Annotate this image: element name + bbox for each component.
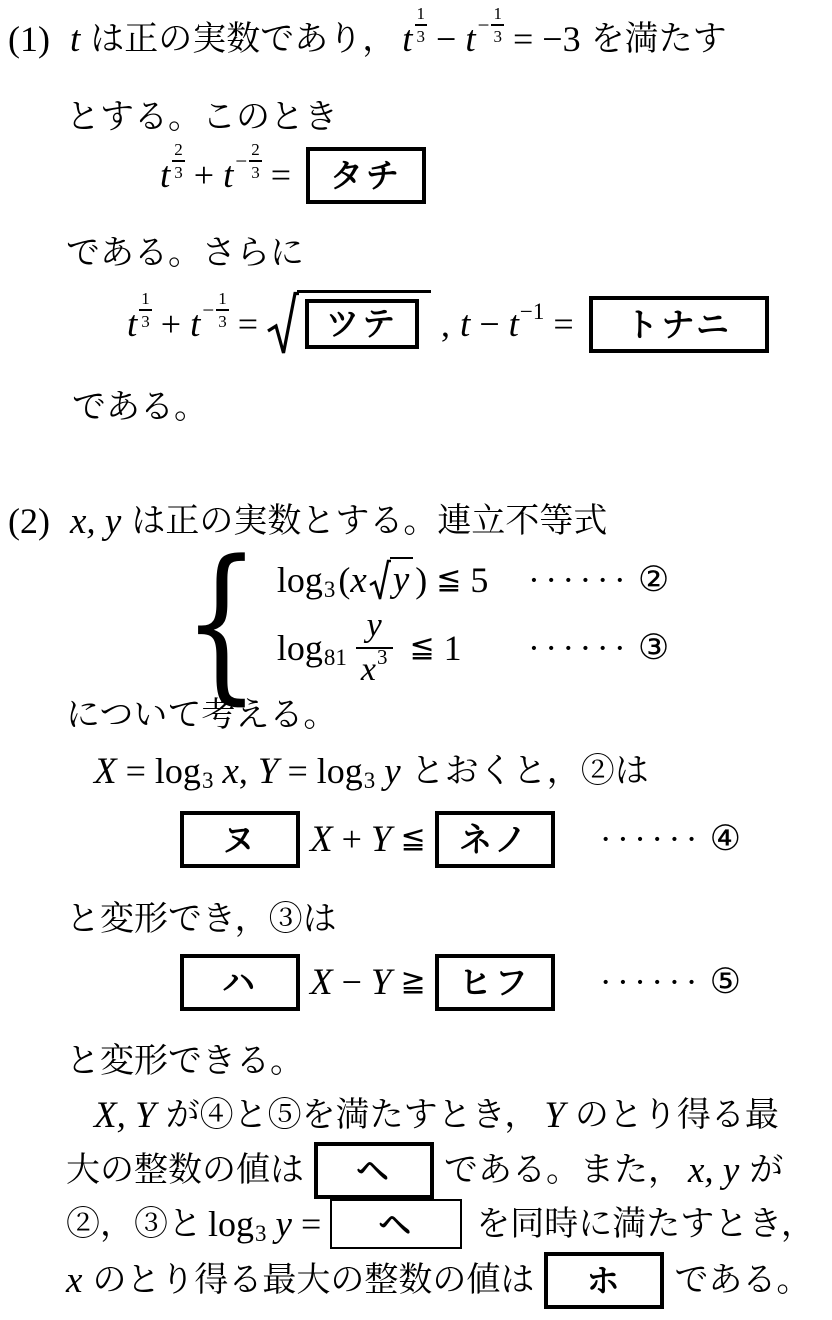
p2-display5: ハ X − Y ≧ ヒフ ······ ⑤ [180,953,741,1011]
math-var: Y [371,821,392,858]
math-op: = [238,306,258,342]
frac-num: 1 [491,5,504,26]
p2-final-line1: X, Y が④と⑤を満たすとき， Y のとり得る最 [94,1094,779,1137]
frac-num: 1 [415,5,428,26]
exp-minus: − [202,298,214,323]
log-fn: log [208,1206,254,1242]
square-root: ツテ [267,290,431,359]
math-var: Y [544,1097,565,1134]
answer-box-ho: ホ [544,1252,664,1309]
math-var: t [160,157,170,194]
exponent: 3 [377,647,388,668]
frac-num: 1 [216,290,229,311]
answer-box-tsute: ツテ [305,299,419,349]
math-op: = [126,753,146,789]
math-var: x [361,653,376,687]
p2-final-line2: 大の整数の値は ヘ である。また， x, y が [66,1142,783,1199]
math-var: x [350,562,366,599]
log-fn: log [277,562,323,598]
dots-leader: ······ [529,632,632,664]
frac-num: 2 [249,141,262,162]
math-op: + [161,306,181,342]
dots-leader: ······ [601,966,704,998]
exponent-fraction: 13 [139,290,152,330]
p2-line3-text: と変形でき，③は [66,898,337,941]
exponent-fraction: −13 [478,5,504,45]
p1-display1: t 23 + t −23 = タチ [160,146,426,204]
p2-line2: について考える。 [66,694,337,737]
math-var: y [276,1206,292,1243]
p1-line1: (1) t は正の実数であり， t 13 − t −13 = −3 を満たす [8,18,727,61]
square-root-small: y [369,557,413,603]
log-fn: log [317,753,363,789]
inequality-2: log 3 ( x y ) ≦ 5 [277,557,529,603]
p1-line1-text1: は正の実数であり， [90,18,396,61]
p1-line3: である。さらに [66,232,304,275]
frac-num: 1 [139,290,152,311]
answer-box-label: タチ [330,159,402,192]
p2-final-line1-text1: が④と⑤を満たすとき， [166,1094,539,1137]
p1-line1-text2: を満たす [591,18,727,61]
math-op: = [513,21,533,57]
p2-line3: と変形でき，③は [66,898,337,941]
frac-den: x3 [356,647,393,687]
p1-line4-text: である。 [72,386,208,429]
math-var: t [223,157,233,194]
p1-label: (1) [8,21,50,57]
frac-den: 3 [141,311,150,330]
radical-sign [267,291,299,359]
p1-line2: とする。このとき [66,96,338,139]
p2-final-line4: x のとり得る最大の整数の値は ホ である。 [66,1252,810,1309]
math-vars: X, Y [94,1097,156,1134]
p2-final-line1-text2: のとり得る最 [575,1094,779,1137]
p2-final-line3: ②，③と log 3 y = ヘ を同時に満たすとき， [66,1198,815,1250]
p2-line4: と変形できる。 [66,1040,304,1083]
p2-final-line3-text2: を同時に満たすとき， [476,1203,815,1246]
log-base: 3 [364,768,376,794]
answer-box-tachi: タチ [306,147,426,204]
exam-page: (1) t は正の実数であり， t 13 − t −13 = −3 を満たす と… [0,0,832,1320]
frac-num: 2 [172,141,185,162]
p1-line2-text: とする。このとき [66,96,338,139]
dots-leader: ······ [529,564,632,596]
math-var: Y [258,753,279,790]
radicand: ツテ [297,290,431,349]
math-var: t [402,21,412,58]
frac-num: y [367,609,382,647]
answer-box-label: トナニ [625,308,732,341]
answer-box-hifu: ヒフ [435,954,555,1011]
math-var: X [94,753,117,790]
p2-line4-text: と変形できる。 [66,1040,304,1083]
log-base: 3 [255,1221,267,1247]
math-var: y [384,753,400,790]
math-var: t [70,21,80,58]
math-value: 1 [444,630,462,666]
math-comma: , [441,306,450,342]
log-fn: log [277,630,323,666]
answer-box-label: ホ [586,1264,622,1297]
math-op: = [287,753,307,789]
leq-sign: ≦ [436,565,461,595]
fraction: y x3 [356,609,393,687]
p2-system: { log 3 ( x y ) ≦ 5 ······ ② [168,556,669,688]
math-op: = [553,306,573,342]
math-var: t [509,306,519,343]
p2-line1: (2) x, y は正の実数とする。連立不等式 [8,500,607,543]
leq-sign: ≦ [401,824,426,854]
p2-substitution-line: X = log 3 x , Y = log 3 y とおくと，②は [94,750,649,793]
exp-minus: − [478,13,490,38]
p2-label: (2) [8,503,50,539]
exponent-fraction: −13 [202,290,228,330]
p2-final-line2-text2: である。また， [444,1149,682,1192]
p2-final-line4-text1: のとり得る最大の整数の値は [92,1259,534,1302]
system-row-2: log 3 ( x y ) ≦ 5 ······ ② [277,557,669,603]
geq-sign: ≧ [401,967,426,997]
math-var: X [310,964,333,1001]
math-op: − [479,306,499,342]
p2-display4: ヌ X + Y ≦ ネノ ······ ④ [180,810,741,868]
equation-tag-5: ⑤ [710,965,741,1000]
system-rows: log 3 ( x y ) ≦ 5 ······ ② log [277,557,669,687]
math-var: X [310,821,333,858]
math-var: Y [371,964,392,1001]
answer-box-label: ヘ [356,1154,392,1187]
answer-box-he-ref: ヘ [330,1199,462,1249]
system-row-3: log 81 y x3 ≦ 1 ······ ③ [277,609,669,687]
math-op: + [194,157,214,193]
p1-line3-text: である。さらに [66,232,304,275]
system-brace: { [183,555,260,689]
leq-sign: ≦ [410,633,435,663]
math-var: t [190,306,200,343]
math-var: t [460,306,470,343]
math-value: 5 [470,562,488,598]
log-base: 3 [324,577,336,603]
frac-den: 3 [251,162,260,181]
math-vars: x, y [70,503,121,540]
exponent-fraction: −23 [235,141,261,181]
answer-box-label: ツテ [326,307,398,340]
equation-tag-4: ④ [710,822,741,857]
math-var: t [465,21,475,58]
p2-final-line2-text3: が [749,1149,783,1192]
answer-box-he: ヘ [314,1142,434,1199]
exponent-fraction: 23 [172,141,185,181]
log-base: 3 [202,768,214,794]
frac-den: 3 [174,162,183,181]
p2-final-line4-text2: である。 [674,1259,810,1302]
math-op: = [301,1206,321,1242]
math-op: − [436,21,456,57]
frac-den: 3 [218,311,227,330]
p2-final-line3-text1: ②，③と [66,1203,202,1246]
math-op: + [342,821,362,857]
equation-tag-2: ② [638,563,669,598]
math-comma: , [239,753,248,789]
math-var: x [66,1262,82,1299]
radicand: y [390,557,413,598]
answer-box-label: ヒフ [459,966,531,999]
answer-box-label: ヘ [378,1208,414,1241]
p1-line4: である。 [72,386,208,429]
log-fn: log [155,753,201,789]
math-var: y [393,559,409,600]
p1-display2: t 13 + t −13 = ツテ , t − t −1 = トナニ [127,288,769,360]
radical-sign [369,559,391,603]
answer-box-neno: ネノ [435,811,555,868]
answer-box-nu: ヌ [180,811,300,868]
paren-open: ( [338,562,350,598]
math-var: t [127,306,137,343]
p2-substitution-text: とおくと，②は [411,750,649,793]
exponent: −1 [520,299,544,325]
paren-close: ) [415,562,427,598]
p2-final-line2-text1: 大の整数の値は [66,1149,304,1192]
math-op: = [271,157,291,193]
inequality-3: log 81 y x3 ≦ 1 [277,609,529,687]
math-op: − [342,964,362,1000]
answer-box-tonani: トナニ [589,296,769,353]
math-var: x [222,753,238,790]
dots-leader: ······ [601,823,704,855]
log-base: 81 [324,645,347,671]
answer-box-ha: ハ [180,954,300,1011]
answer-box-label: ネノ [459,823,530,856]
equation-tag-3: ③ [638,631,669,666]
answer-box-label: ハ [222,966,258,999]
exponent-fraction: 13 [415,5,428,45]
math-value: −3 [542,21,580,57]
frac-den: 3 [493,26,502,45]
math-vars: x, y [688,1152,739,1189]
p2-line2-text: について考える。 [66,694,337,737]
frac-den: 3 [417,26,426,45]
exp-minus: − [235,149,247,174]
answer-box-label: ヌ [222,823,258,856]
